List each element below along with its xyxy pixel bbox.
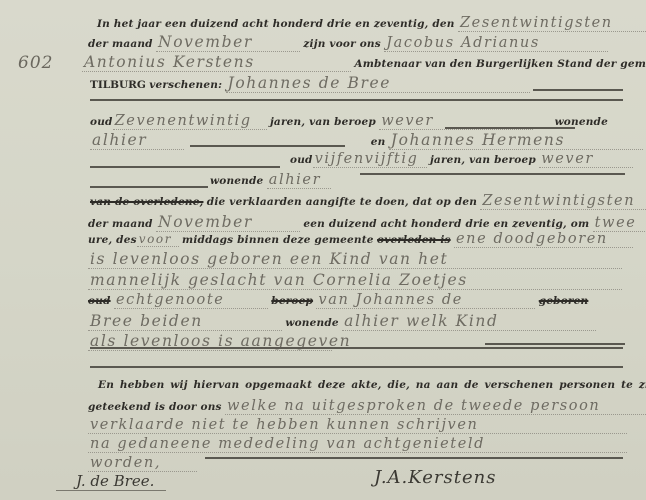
handwritten-official-name: Jacobus Adrianus [384, 35, 608, 52]
printed-text: die verklaarden aangifte te doen, dat op… [207, 196, 477, 208]
handwritten-text: welke na uitgesproken de tweede persoon [225, 398, 646, 415]
handwritten-month: November [156, 213, 300, 232]
printed-text: Ambtenaar van den Burgerlijken Stand der… [354, 58, 646, 70]
fill-rule [360, 173, 625, 175]
handwritten-date: Zesentwintigsten [480, 193, 646, 210]
handwritten-voor-na: voor [137, 232, 179, 247]
printed-text: der maand [88, 218, 153, 230]
printed-text: En hebben wij hiervan opgemaakt deze akt… [98, 379, 646, 391]
printed-text: middags binnen deze gemeente [182, 234, 374, 246]
line-11: ure, desvoor middags binnen deze gemeent… [88, 231, 633, 248]
signature-official: J.A.Kerstens [374, 467, 496, 488]
struck-text: beroep [271, 295, 313, 307]
fill-rule [485, 343, 625, 345]
struck-text: oud [88, 295, 111, 307]
struck-text: overleden is [377, 234, 451, 246]
line-7: oudvijfenvijftig jaren, van beroep wever [290, 151, 633, 168]
fill-rule [533, 89, 623, 91]
civil-record-page: 602 In het jaar een duizend acht honderd… [0, 0, 646, 500]
handwritten-date: Zesentwintigsten [458, 15, 646, 32]
printed-text: oud [90, 116, 113, 128]
printed-text: jaren, van beroep [270, 116, 376, 128]
line-6: alhier en Johannes Hermens [90, 131, 643, 150]
handwritten-text: mannelijk geslacht van Cornelia Zoetjes [88, 271, 622, 290]
handwritten-profession: wever [539, 151, 633, 168]
line-12: is levenloos geboren een Kind van het [88, 250, 622, 269]
handwritten-age: Zevenentwintig [113, 113, 267, 130]
handwritten-text: na gedaneene mededeling van achtgenietel… [88, 436, 627, 453]
closing-line-5: worden, [88, 455, 197, 472]
blank-rule [90, 366, 623, 368]
handwritten-text: van Johannes de [316, 292, 535, 309]
line-9: van de overledene, die verklaarden aangi… [90, 193, 646, 210]
municipality: TILBURG [90, 79, 146, 91]
printed-text: wonende [210, 175, 263, 187]
line-4: TILBURG verschenen: Johannes de Bree [90, 74, 530, 93]
closing-line-3: verklaarde niet te hebben kunnen schrijv… [88, 417, 627, 434]
line-13: mannelijk geslacht van Cornelia Zoetjes [88, 271, 622, 290]
printed-text: jaren, van beroep [430, 154, 536, 166]
printed-text: ure, des [88, 234, 137, 246]
printed-text: oud [290, 154, 313, 166]
handwritten-declarant: Johannes de Bree [226, 74, 530, 93]
handwritten-text: worden, [88, 455, 197, 472]
printed-text: een duizend acht honderd drie en zeventi… [303, 218, 589, 230]
signature-declarant: J. de Bree. [76, 472, 154, 490]
printed-text: der maand [88, 38, 153, 50]
closing-line-2: geteekend is door ons welke na uitgespro… [88, 398, 646, 415]
handwritten-residence: alhier [267, 172, 331, 189]
line-2: der maand November zijn voor ons Jacobus… [88, 33, 608, 52]
handwritten-residence: alhier [90, 131, 184, 150]
margin-record-number: 602 [18, 53, 53, 73]
printed-text: verschenen: [149, 79, 222, 91]
printed-text: en [371, 136, 386, 148]
fill-rule [90, 166, 280, 168]
struck-text: van de overledene, [90, 196, 203, 208]
handwritten-month: November [156, 33, 300, 52]
blank-rule [90, 347, 623, 349]
line-3: Antonius Kerstens Ambtenaar van den Burg… [82, 53, 646, 72]
handwritten-official-surname: Antonius Kerstens [82, 53, 351, 72]
handwritten-text: Bree beiden [88, 312, 282, 331]
closing-line-1: En hebben wij hiervan opgemaakt deze akt… [98, 379, 646, 391]
printed-text: wonende [285, 317, 338, 329]
struck-text: geboren [539, 295, 589, 307]
fill-rule [190, 145, 345, 147]
handwritten-hour: twee [593, 215, 646, 232]
signature-line [56, 490, 166, 491]
printed-text: In het jaar een duizend acht honderd dri… [97, 18, 455, 30]
handwritten-text: ene doodgeboren [454, 231, 633, 248]
handwritten-text: alhier welk Kind [342, 312, 596, 331]
line-1: In het jaar een duizend acht honderd dri… [97, 15, 646, 32]
blank-rule [90, 99, 623, 101]
fill-rule [445, 127, 575, 129]
handwritten-text: is levenloos geboren een Kind van het [88, 250, 622, 269]
fill-rule [90, 186, 208, 188]
printed-text: zijn voor ons [303, 38, 380, 50]
line-8: wonende alhier [210, 172, 331, 189]
handwritten-age: vijfenvijftig [313, 151, 427, 168]
handwritten-text: echtgenoote [114, 292, 268, 309]
handwritten-text: verklaarde niet te hebben kunnen schrijv… [88, 417, 627, 434]
handwritten-witness-name: Johannes Hermens [389, 131, 643, 150]
line-10: der maand November een duizend acht hond… [88, 213, 646, 232]
closing-line-4: na gedaneene mededeling van achtgenietel… [88, 436, 627, 453]
printed-text: geteekend is door ons [88, 401, 222, 413]
line-15: Bree beiden wonende alhier welk Kind [88, 312, 596, 331]
fill-rule [205, 457, 623, 459]
line-14: oud echtgenoote beroep van Johannes de g… [88, 292, 588, 309]
